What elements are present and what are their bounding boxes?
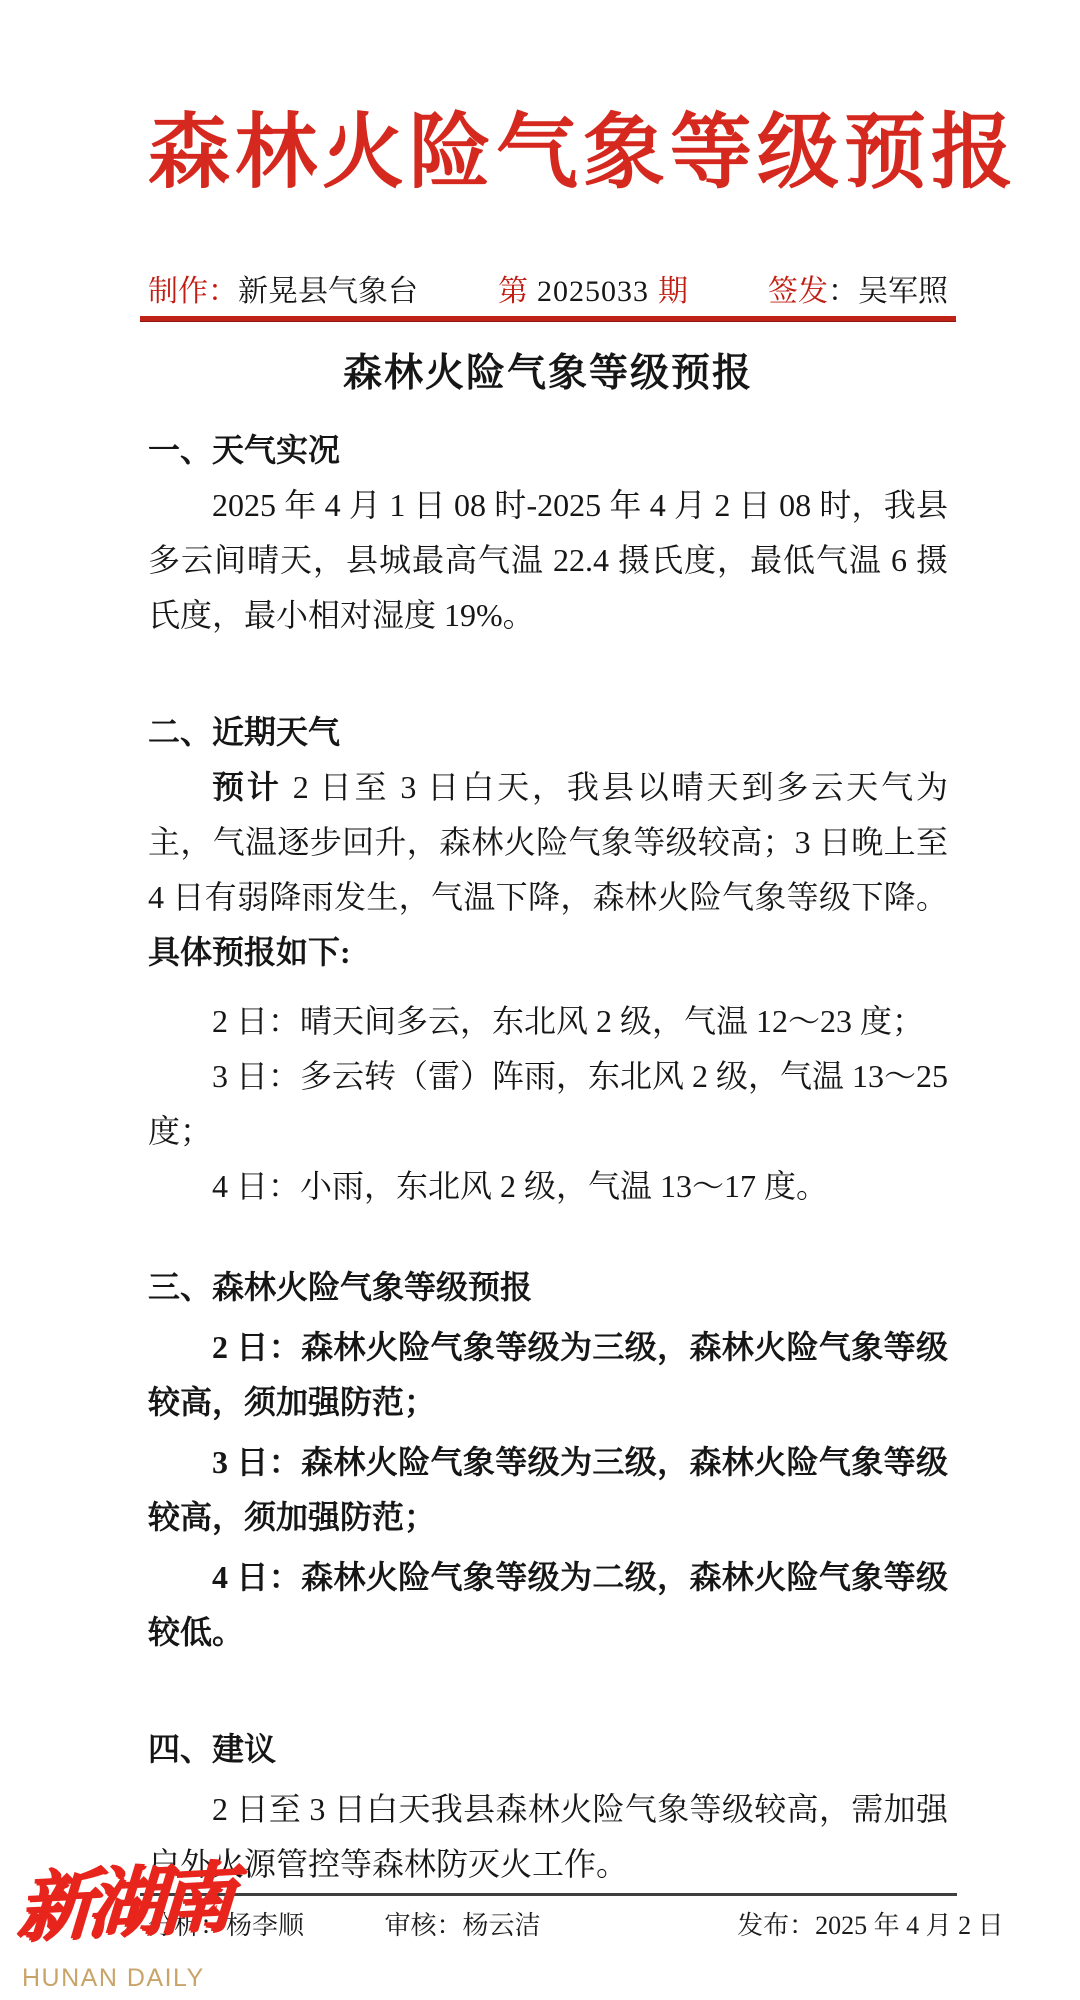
publish-label: 发布： bbox=[737, 1911, 815, 1940]
hunan-daily-logo: 新湖南 HUNAN DAILY bbox=[14, 1858, 274, 1992]
section-fire-danger-rating: 三、森林火险气象等级预报 2 日：森林火险气象等级为三级，森林火险气象等级较高，… bbox=[148, 1260, 948, 1660]
forecast-line: 3 日：多云转（雷）阵雨，东北风 2 级，气温 13～25 度； bbox=[148, 1049, 948, 1159]
document-content: 森林火险气象等级预报 制作：新晃县气象台 第2025033期 签发：吴军照 森林… bbox=[148, 0, 948, 1892]
issue-prefix: 第 bbox=[498, 275, 528, 308]
reviewer-label: 审核： bbox=[385, 1911, 463, 1940]
section-recent-weather: 二、近期天气 预计 2 日至 3 日白天，我县以晴天到多云天气为主，气温逐步回升… bbox=[148, 705, 948, 1214]
section-heading: 三、森林火险气象等级预报 bbox=[148, 1260, 948, 1315]
producer-value: 新晃县气象台 bbox=[238, 275, 418, 308]
logo-english-wordmark: HUNAN DAILY bbox=[22, 1964, 274, 1992]
section-heading: 一、天气实况 bbox=[148, 423, 948, 478]
body-paragraph: 预计 2 日至 3 日白天，我县以晴天到多云天气为主，气温逐步回升，森林火险气象… bbox=[148, 760, 948, 980]
intro-tail-bold: 具体预报如下: bbox=[148, 934, 351, 970]
issue-suffix: 期 bbox=[658, 275, 688, 308]
signer-value: 吴军照 bbox=[858, 275, 948, 308]
publish-date-credit: 发布：2025 年 4 月 2 日 bbox=[737, 1906, 1004, 1946]
rating-paragraph: 3 日：森林火险气象等级为三级，森林火险气象等级较高，须加强防范； bbox=[148, 1435, 948, 1545]
daily-forecast-list: 2 日：晴天间多云，东北风 2 级，气温 12～23 度； 3 日：多云转（雷）… bbox=[148, 994, 948, 1214]
body-paragraph: 2025 年 4 月 1 日 08 时-2025 年 4 月 2 日 08 时，… bbox=[148, 478, 948, 643]
masthead-red-rule bbox=[140, 316, 956, 322]
issue-field: 第2025033期 bbox=[498, 275, 688, 309]
issue-number: 2025033 bbox=[537, 275, 649, 308]
reviewer-value: 杨云洁 bbox=[463, 1911, 541, 1940]
signer-label: 签发 bbox=[768, 275, 828, 308]
section-heading: 四、建议 bbox=[148, 1722, 948, 1777]
intro-lead-bold: 预计 bbox=[212, 769, 282, 805]
signer-colon: ： bbox=[828, 275, 858, 308]
forecast-line: 2 日：晴天间多云，东北风 2 级，气温 12～23 度； bbox=[148, 994, 948, 1049]
rating-paragraph: 4 日：森林火险气象等级为二级，森林火险气象等级较低。 bbox=[148, 1550, 948, 1660]
footer-credits: 分析：杨李顺 审核：杨云洁 发布：2025 年 4 月 2 日 bbox=[148, 1906, 1008, 1946]
forecast-line: 4 日：小雨，东北风 2 级，气温 13～17 度。 bbox=[148, 1159, 948, 1214]
reviewer-credit: 审核：杨云洁 bbox=[385, 1906, 541, 1946]
producer-field: 制作：新晃县气象台 bbox=[148, 275, 418, 309]
logo-chinese-wordmark: 新湖南 bbox=[14, 1845, 280, 1960]
masthead: 制作：新晃县气象台 第2025033期 签发：吴军照 bbox=[148, 275, 948, 309]
document-title: 森林火险气象等级预报 bbox=[148, 351, 948, 397]
section-weather-actual: 一、天气实况 2025 年 4 月 1 日 08 时-2025 年 4 月 2 … bbox=[148, 423, 948, 643]
publish-value: 2025 年 4 月 2 日 bbox=[815, 1911, 1004, 1940]
document-page: 森林火险气象等级预报 制作：新晃县气象台 第2025033期 签发：吴军照 森林… bbox=[0, 0, 1080, 2000]
signer-field: 签发：吴军照 bbox=[768, 275, 948, 309]
banner-title: 森林火险气象等级预报 bbox=[148, 90, 948, 215]
producer-label: 制作： bbox=[148, 275, 238, 308]
section-heading: 二、近期天气 bbox=[148, 705, 948, 760]
rating-paragraph: 2 日：森林火险气象等级为三级，森林火险气象等级较高，须加强防范； bbox=[148, 1320, 948, 1430]
